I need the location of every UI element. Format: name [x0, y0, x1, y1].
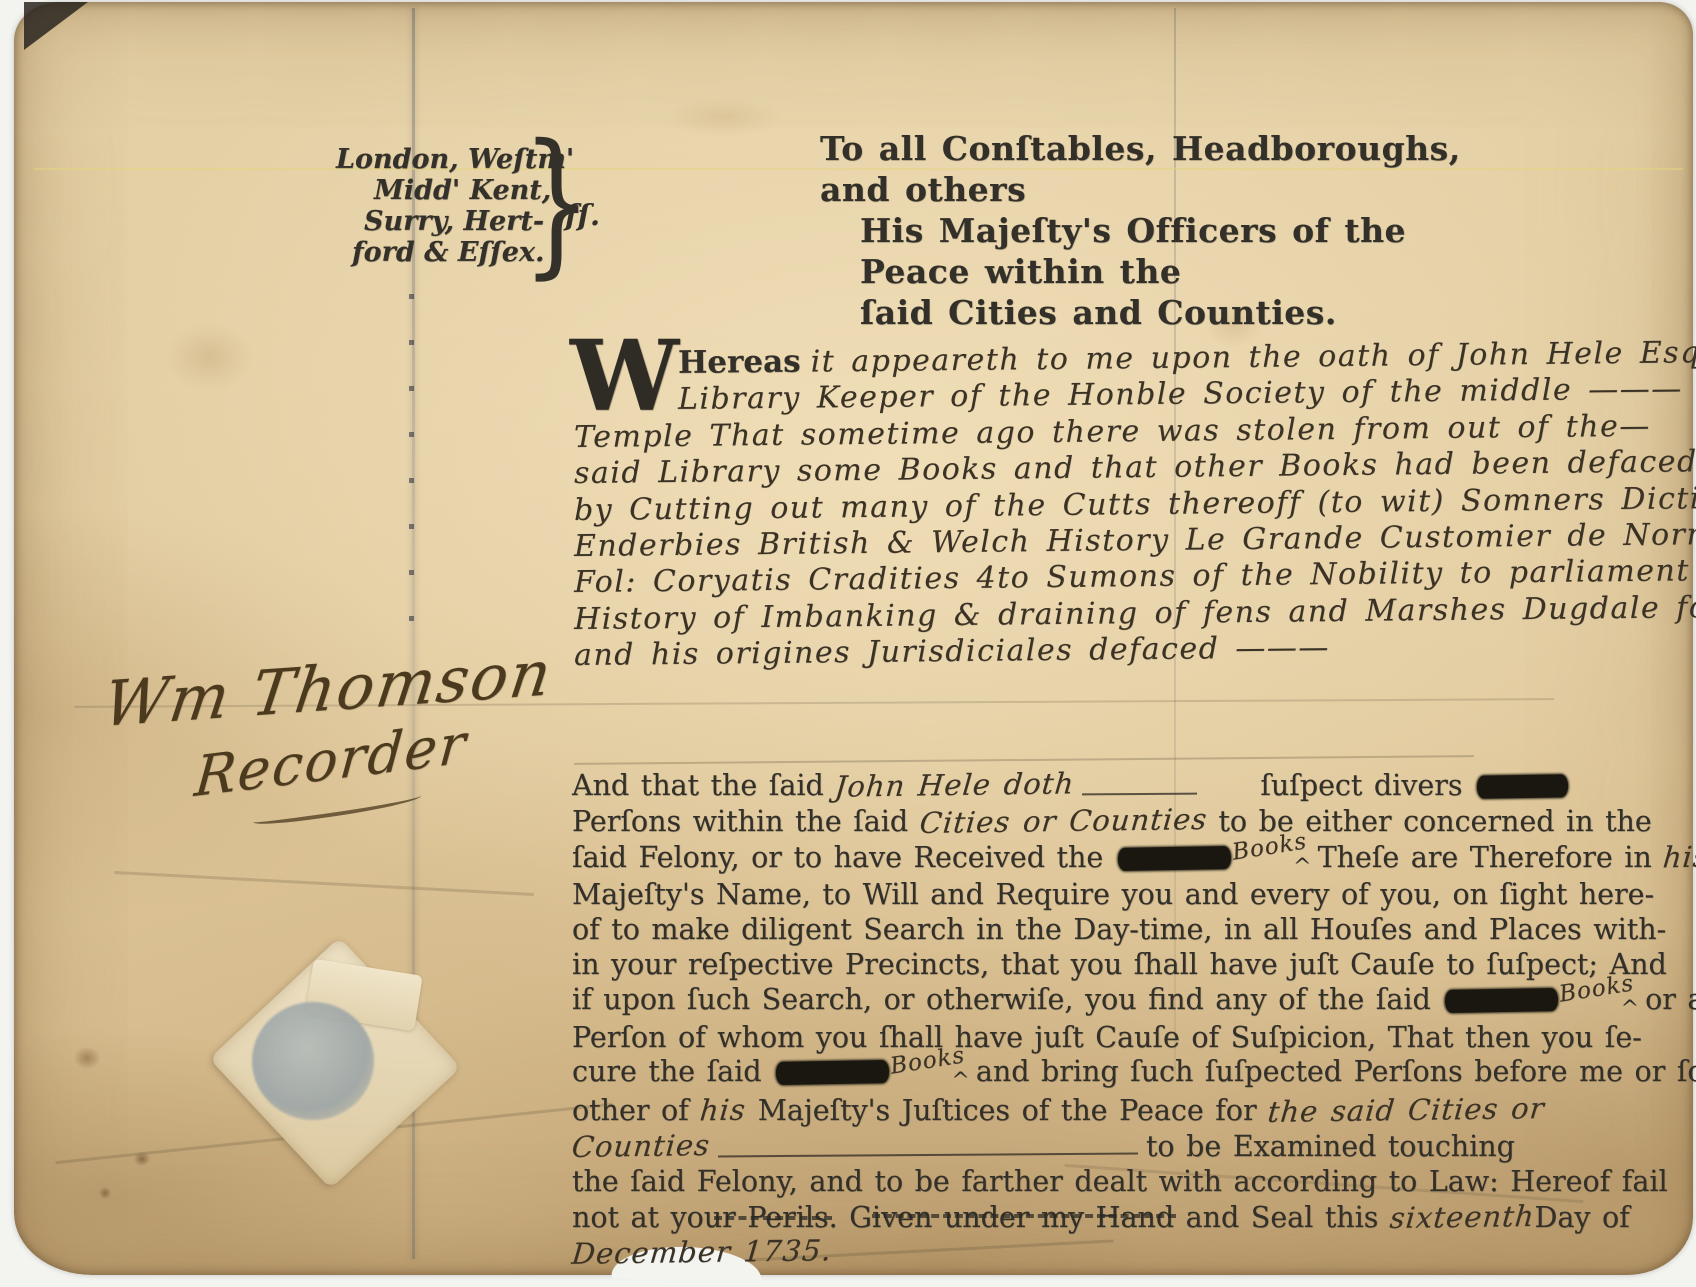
print-text: of to make diligent Search in the Day-ti… — [572, 913, 1666, 946]
print-text: Majeſty's Juſtices of the Peace for — [746, 1094, 1268, 1127]
stain — [134, 1152, 150, 1166]
handwritten-text: Counties — [570, 1128, 711, 1165]
warrant-line: of to make diligent Search in the Day-ti… — [572, 913, 1517, 948]
handwritten-text: his — [1662, 839, 1696, 874]
salutation-line: His Majeſty's Officers of the Peace with… — [820, 210, 1510, 292]
handwritten-text: Cities or Counties — [918, 802, 1209, 841]
stain — [664, 97, 784, 137]
stitch-marks — [409, 294, 414, 644]
redacted-text: Goods, — [1118, 846, 1231, 871]
warrant-line: Countiesto be Examined touching — [572, 1129, 1517, 1165]
print-text: Day of — [1534, 1201, 1629, 1234]
handwritten-text: sixteenth — [1388, 1199, 1536, 1236]
crumple-crease — [114, 871, 534, 896]
salutation-block: To all Conſtables, Headboroughs, and oth… — [820, 128, 1510, 333]
whereas-clause: Hereasit appeareth to me upon the oath o… — [574, 346, 1574, 675]
whereas-print-lead: Hereas — [678, 344, 801, 381]
warrant-line: if upon ſuch Search, or otherwiſe, you f… — [572, 983, 1517, 1021]
caret-mark: ^ — [951, 1069, 969, 1094]
print-text: the ſaid Felony, and to be farther dealt… — [572, 1165, 1668, 1198]
stain — [74, 1047, 100, 1069]
warrant-line: cure the ſaid Goods,Books^and bring ſuch… — [572, 1055, 1517, 1093]
blank-rule — [718, 1144, 1138, 1158]
redacted-text: Goods, — [776, 1060, 889, 1085]
warrant-line: December 1735. — [572, 1235, 1517, 1271]
dashed-underline — [872, 1214, 1176, 1218]
handwritten-text: the said Cities or — [1266, 1091, 1546, 1130]
print-text: and bring ſuch ſuſpected Perſons before … — [976, 1055, 1696, 1088]
scanned-warrant-page: { "warrant": { "jurisdiction": { "lines"… — [0, 0, 1696, 1287]
print-text: or any — [1645, 983, 1696, 1016]
dashed-underline — [714, 1216, 832, 1220]
caret-mark: ^ — [1621, 997, 1639, 1022]
warrant-line: Perſons within the ſaid Cities or Counti… — [572, 804, 1517, 840]
handwritten-text: his — [699, 1093, 748, 1128]
print-text: Theſe are Therefore in — [1318, 841, 1664, 874]
print-text: if upon ſuch Search, or otherwiſe, you f… — [572, 983, 1442, 1016]
warrant-line: Majeſty's Name, to Will and Require you … — [572, 878, 1517, 913]
horizontal-crease — [574, 755, 1474, 765]
warrant-line: Perſon of whom you ſhall have juſt Cauſe… — [572, 1021, 1517, 1056]
warrant-line: in your reſpective Precincts, that you ſ… — [572, 948, 1517, 983]
print-text: ſaid Felony, or to have Received the — [572, 841, 1115, 874]
print-text: Perſon of whom you ſhall have juſt Cauſe… — [572, 1021, 1642, 1054]
print-text: Majeſty's Name, to Will and Require you … — [572, 878, 1654, 911]
caret-mark: ^ — [1293, 855, 1311, 880]
stain — [99, 1187, 111, 1199]
blank-rule — [1082, 784, 1197, 796]
salutation-line: ſaid Cities and Counties. — [820, 292, 1510, 333]
print-text: And that the ſaid — [572, 769, 835, 802]
print-text: ſuſpect divers — [1260, 769, 1474, 802]
torn-corner — [24, 2, 88, 50]
print-text: cure the ſaid — [572, 1055, 773, 1088]
warrant-line: other of his Majeſty's Juſtices of the P… — [572, 1093, 1517, 1129]
redacted-text: other — [1477, 774, 1569, 798]
warrant-line: And that the ſaid John Hele dothſuſpect … — [572, 768, 1517, 804]
print-text: other of — [572, 1094, 700, 1127]
print-text: in your reſpective Precincts, that you ſ… — [572, 948, 1667, 981]
redacted-text: Goods, — [1445, 988, 1558, 1013]
warrant-document: London, Weſtm' Midd' Kent, Surry, Hert- … — [14, 2, 1693, 1275]
handwritten-text: December 1735. — [570, 1234, 833, 1272]
warrant-body: And that the ſaid John Hele dothſuſpect … — [572, 768, 1517, 1271]
ss-abbreviation: ſſ. — [565, 198, 600, 232]
handwritten-text: John Hele doth — [834, 766, 1077, 804]
seal-impression — [252, 1002, 374, 1120]
signature-name: Wm Thomson — [99, 636, 557, 741]
warrant-line: ſaid Felony, or to have Received the Goo… — [572, 840, 1517, 879]
warrant-line: the ſaid Felony, and to be farther dealt… — [572, 1165, 1517, 1200]
salutation-line: To all Conſtables, Headboroughs, and oth… — [820, 128, 1510, 210]
print-text: to be Examined touching — [1146, 1130, 1515, 1163]
stain — [164, 322, 254, 392]
print-text: Perſons within the ſaid — [572, 805, 920, 838]
